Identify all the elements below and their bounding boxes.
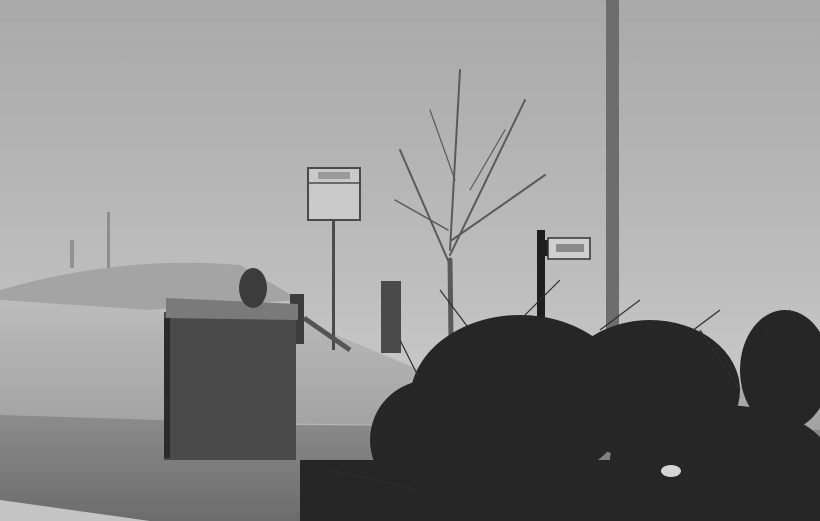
bare-tree bbox=[395, 70, 545, 340]
road-sign-square bbox=[308, 168, 360, 350]
hedge bbox=[300, 310, 820, 521]
brick-box bbox=[164, 298, 298, 460]
utility-pole bbox=[606, 0, 619, 330]
scene-drawing bbox=[0, 0, 820, 521]
stump bbox=[381, 281, 401, 353]
photograph bbox=[0, 0, 820, 521]
